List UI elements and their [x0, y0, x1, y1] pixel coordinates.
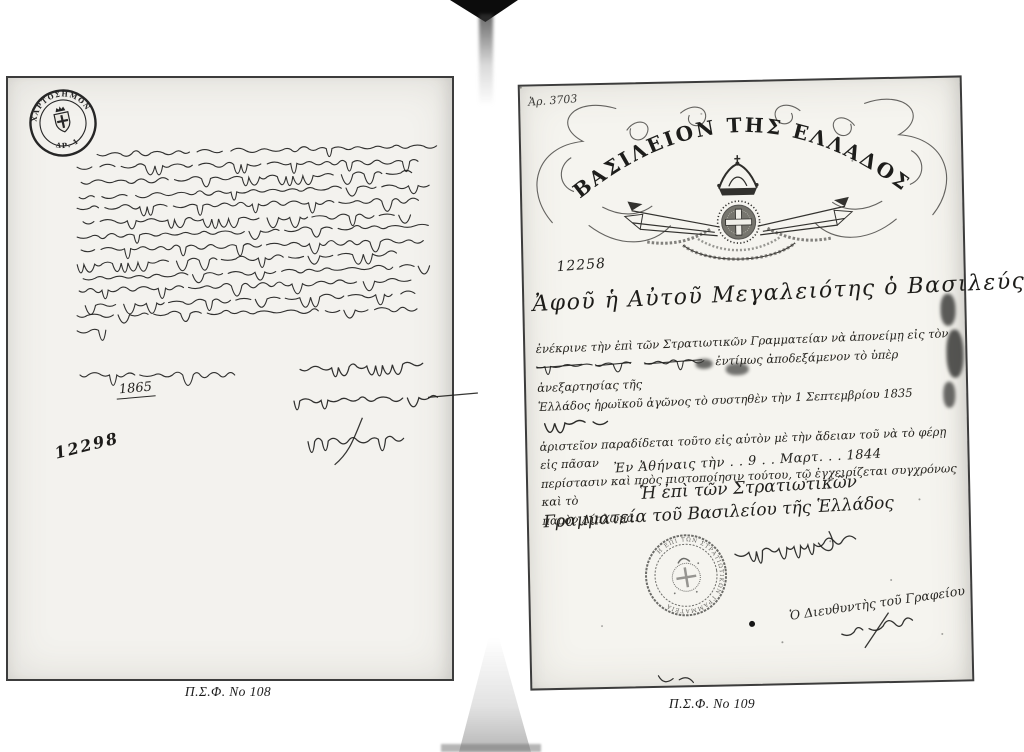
struck-word [595, 356, 638, 377]
struck-word-stroke [595, 356, 638, 372]
ink-dot [749, 621, 755, 627]
book-spread-scan: ΧΑΡΤΟΣΗΜΟΝ ΔΡ. 1 1865 12298 Ἀρ. 3703 [0, 0, 1024, 752]
struck-word-stroke [536, 358, 588, 374]
dateline-year: 1865 [115, 379, 155, 399]
right-document-page: Ἀρ. 3703 ΒΑΣΙΛΕΙΟΝ ΤΗΣ ΕΛΛΑΔΟΣ [518, 75, 975, 690]
ink-mark-stroke [656, 665, 690, 692]
handwriting-stroke [77, 321, 105, 340]
smudged-handwritten-word [544, 413, 607, 437]
caption-right: Π.Σ.Φ. No 109 [524, 696, 900, 712]
laurel-garland [683, 237, 795, 260]
paper-specks [520, 87, 522, 89]
scan-smudge [943, 382, 956, 408]
ministry-seal: Η ΕΠΙ ΤΩΝ ΣΤΡΑΤΙΩΤΙΚΩΝ ΓΡΑΜΜΑΤΕΙΑ [641, 530, 731, 620]
left-document-page: ΧΑΡΤΟΣΗΜΟΝ ΔΡ. 1 1865 12298 [6, 76, 454, 681]
signature-squiggle [300, 354, 437, 379]
stamp-coat-of-arms-icon [53, 105, 72, 133]
official-signature [733, 525, 867, 567]
scan-smudge [946, 329, 964, 377]
official-signature-stroke [733, 525, 867, 567]
signature-stroke [294, 388, 448, 410]
seal-ring-text: Η ΕΠΙ ΤΩΝ ΣΤΡΑΤΙΩΤΙΚΩΝ ΓΡΑΜΜΑΤΕΙΑ [655, 532, 730, 617]
caption-left: Π.Σ.Φ. No 108 [6, 684, 450, 700]
signature-squiggle [307, 414, 407, 465]
spine-gutter-streak-bottom [455, 638, 535, 752]
ink-mark [656, 665, 690, 692]
trophy-flags-right [756, 181, 855, 251]
coat-of-arms-medallion [717, 201, 760, 244]
inserted-word-stroke [544, 413, 607, 431]
signature-stroke [300, 354, 437, 379]
registry-number: 12298 [53, 428, 121, 462]
director-signature [839, 609, 912, 646]
ink-blot [695, 359, 712, 369]
seal-crest-icon [669, 556, 704, 596]
diploma-heading: Ἀφοῦ ἡ Αὐτοῦ Μεγαλειότης ὁ Βασιλεύς [532, 272, 957, 317]
royal-crown-icon [717, 155, 759, 196]
spine-gutter-streak-top [479, 14, 493, 106]
ornate-header: ΒΑΣΙΛΕΙΟΝ ΤΗΣ ΕΛΛΑΔΟΣ [530, 90, 954, 277]
signature-squiggle [294, 388, 448, 410]
handwritten-dateline [80, 366, 241, 384]
trophy-flags-left [622, 182, 722, 255]
struck-word [536, 358, 589, 379]
dateline-stroke [80, 366, 241, 384]
handwritten-text-block [77, 141, 445, 330]
director-signature-stroke [839, 609, 912, 646]
ink-blot [726, 363, 749, 375]
scan-smudge [940, 294, 956, 326]
spine-shadow-bottom [441, 744, 541, 752]
signature-stroke [307, 414, 407, 465]
